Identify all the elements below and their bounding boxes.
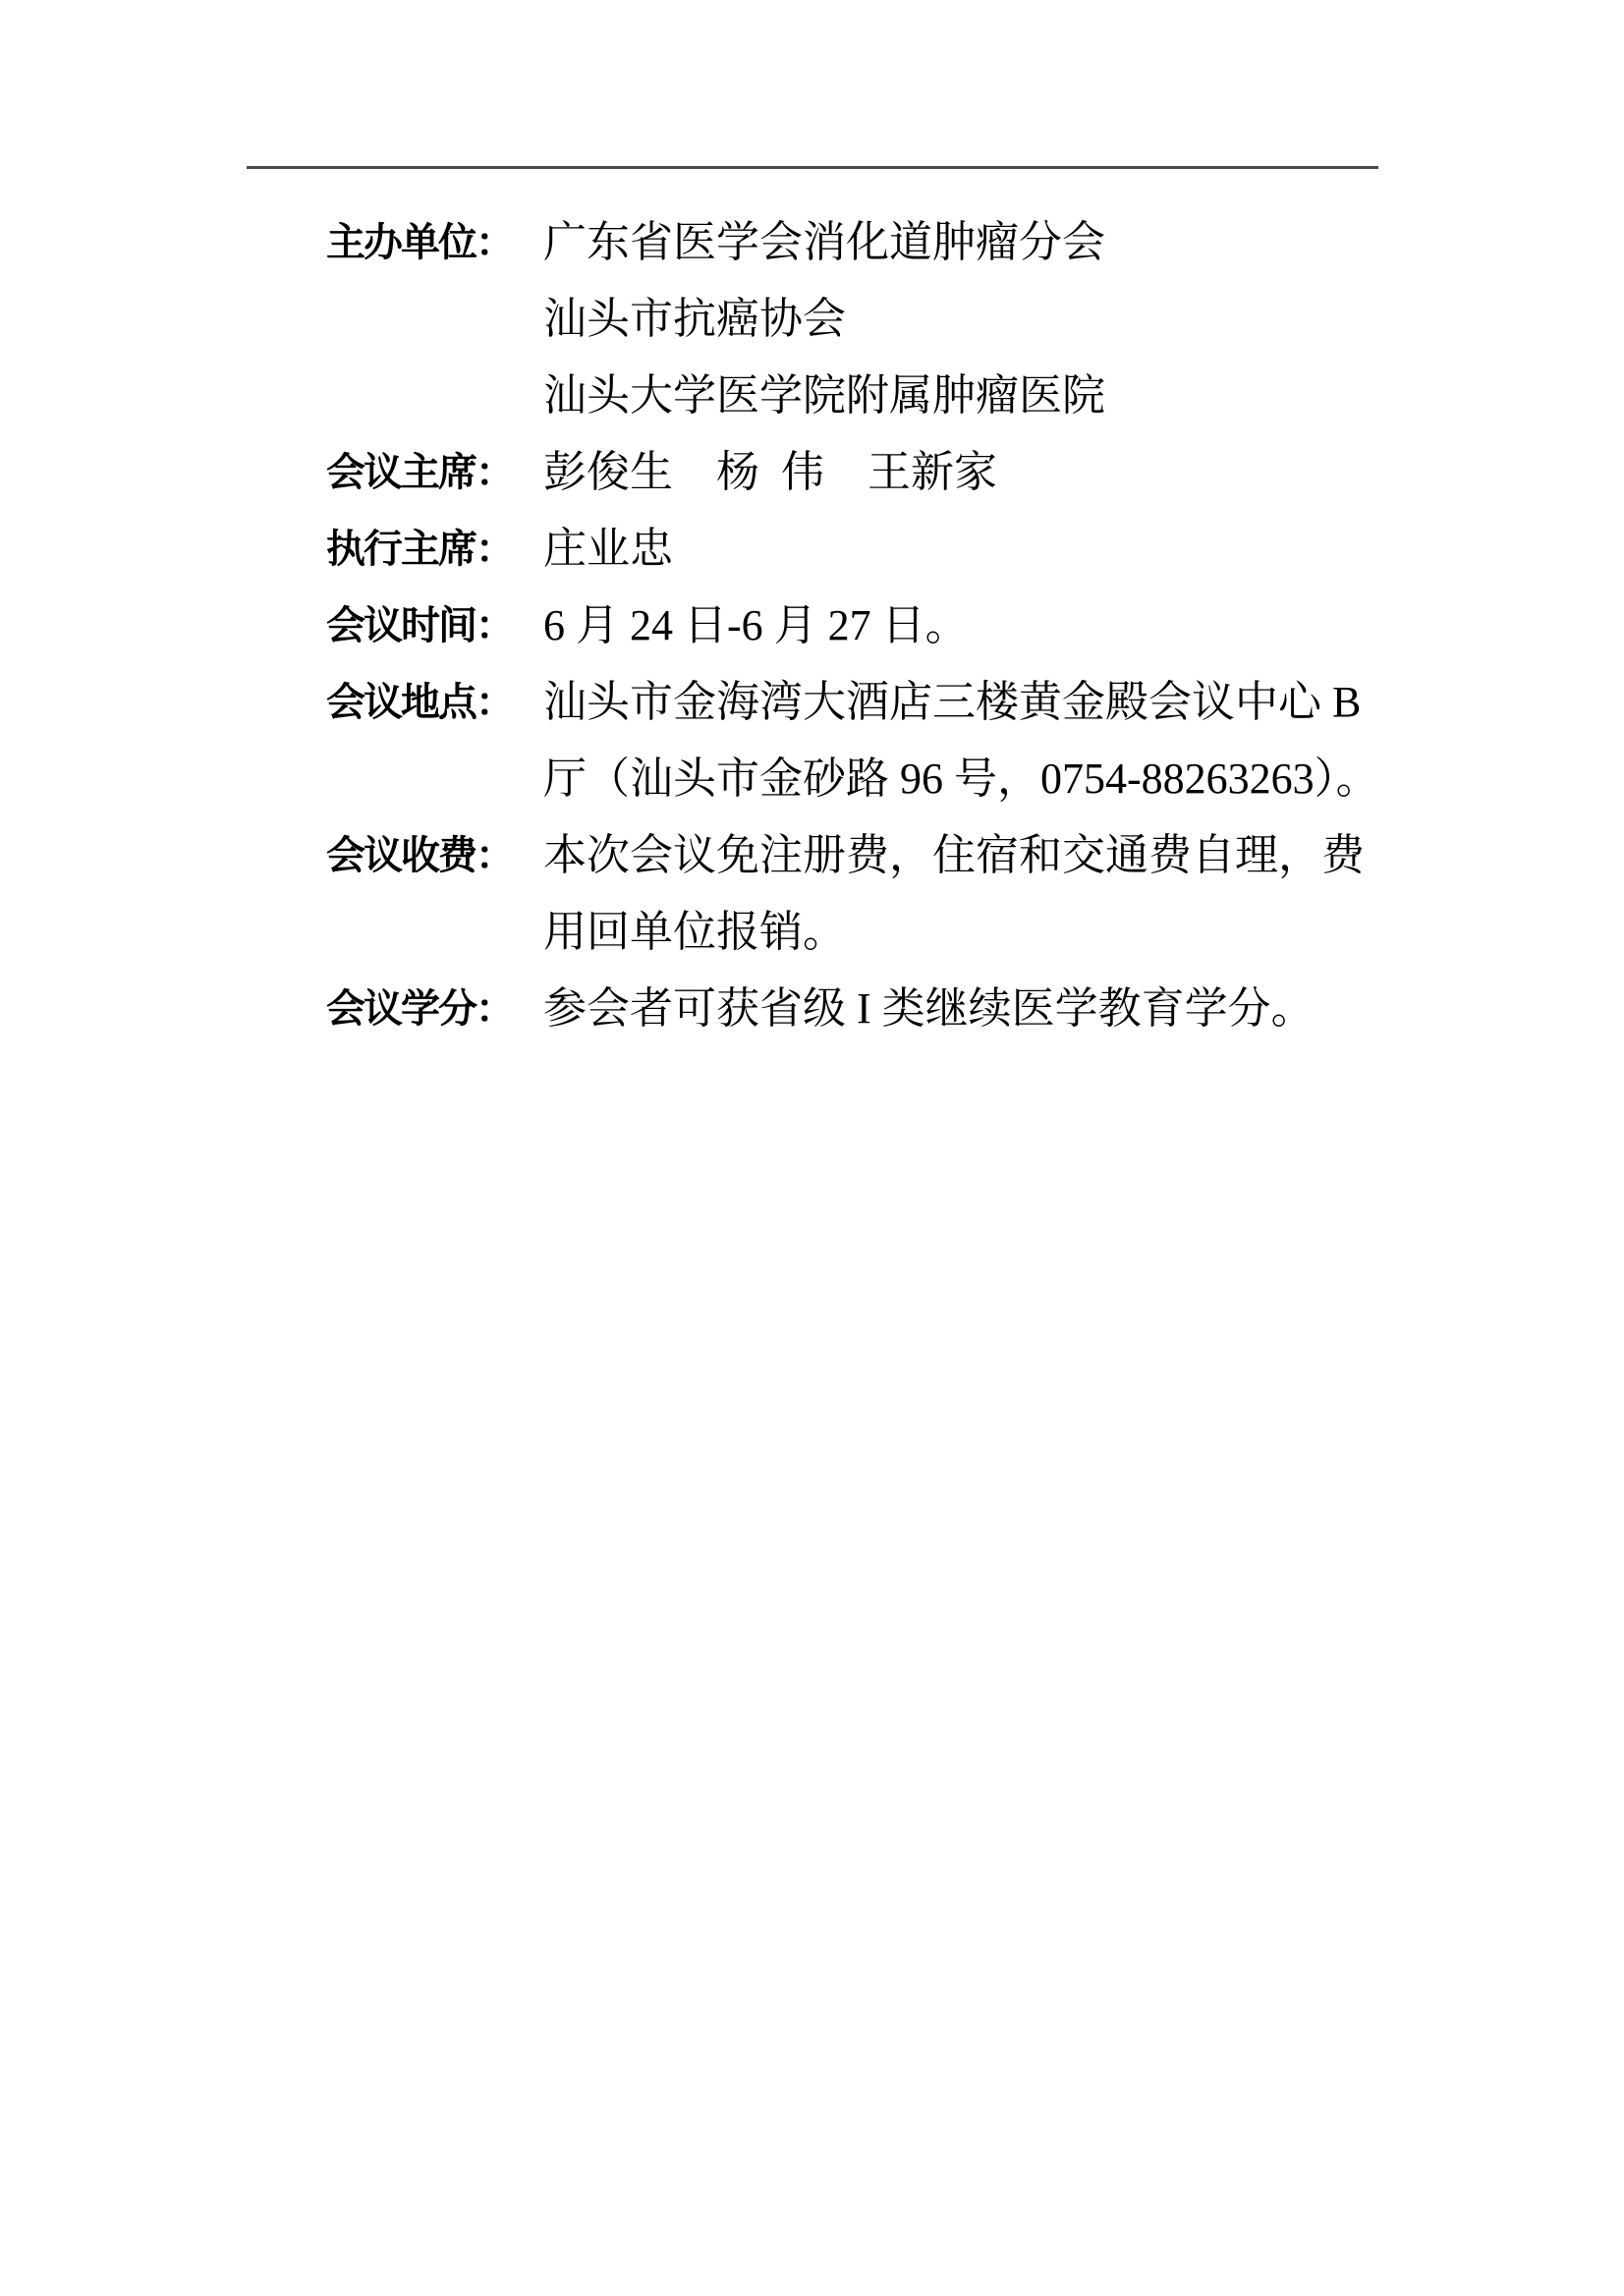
info-entry: 会议收费： 本次会议免注册费，住宿和交通费自理，费用回单位报销。 [326,817,1436,971]
info-entry-label: 主办单位： [326,204,543,281]
info-entry-content: 6 月 24 日-6 月 27 日。 [543,588,1436,664]
info-entry-line: 汕头市抗癌协会 [543,281,1436,358]
info-entry: 主办单位： 广东省医学会消化道肿瘤分会汕头市抗癌协会汕头大学医学院附属肿瘤医院 [326,204,1436,434]
info-entry-content: 本次会议免注册费，住宿和交通费自理，费用回单位报销。 [543,817,1436,971]
info-entry-line: 汕头市金海湾大酒店三楼黄金殿会议中心 B [543,664,1436,741]
document-page: 主办单位： 广东省医学会消化道肿瘤分会汕头市抗癌协会汕头大学医学院附属肿瘤医院 … [0,0,1624,2296]
info-entry-content: 彭俊生 杨 伟 王新家 [543,434,1436,511]
info-entry: 执行主席： 庄业忠 [326,511,1436,588]
info-entry-label: 会议学分： [326,971,543,1047]
info-entry-content: 广东省医学会消化道肿瘤分会汕头市抗癌协会汕头大学医学院附属肿瘤医院 [543,204,1436,434]
info-entry-label: 会议时间： [326,588,543,664]
info-entry-line: 汕头大学医学院附属肿瘤医院 [543,358,1436,434]
info-entry-content: 汕头市金海湾大酒店三楼黄金殿会议中心 B厅（汕头市金砂路 96 号，0754-8… [543,664,1436,817]
info-entry-line: 彭俊生 杨 伟 王新家 [543,434,1436,511]
info-entry: 会议地点： 汕头市金海湾大酒店三楼黄金殿会议中心 B厅（汕头市金砂路 96 号，… [326,664,1436,817]
info-entry-line: 6 月 24 日-6 月 27 日。 [543,588,1436,664]
info-entry-content: 庄业忠 [543,511,1436,588]
info-entry-content: 参会者可获省级 I 类继续医学教育学分。 [543,971,1436,1047]
info-entry-label: 会议主席： [326,434,543,511]
info-entry: 会议学分： 参会者可获省级 I 类继续医学教育学分。 [326,971,1436,1047]
info-entry: 会议主席： 彭俊生 杨 伟 王新家 [326,434,1436,511]
info-entry-line: 参会者可获省级 I 类继续医学教育学分。 [543,971,1436,1047]
info-entry-label: 会议收费： [326,817,543,894]
info-entry-line: 本次会议免注册费，住宿和交通费自理，费 [543,817,1436,894]
info-entry-line: 厅（汕头市金砂路 96 号，0754-88263263）。 [543,741,1436,817]
info-entry-line: 庄业忠 [543,511,1436,588]
info-entry-line: 用回单位报销。 [543,894,1436,971]
info-entry: 会议时间： 6 月 24 日-6 月 27 日。 [326,588,1436,664]
header-divider [247,166,1378,169]
conference-info-list: 主办单位： 广东省医学会消化道肿瘤分会汕头市抗癌协会汕头大学医学院附属肿瘤医院 … [326,204,1436,1047]
info-entry-label: 执行主席： [326,511,543,588]
info-entry-label: 会议地点： [326,664,543,741]
info-entry-line: 广东省医学会消化道肿瘤分会 [543,204,1436,281]
